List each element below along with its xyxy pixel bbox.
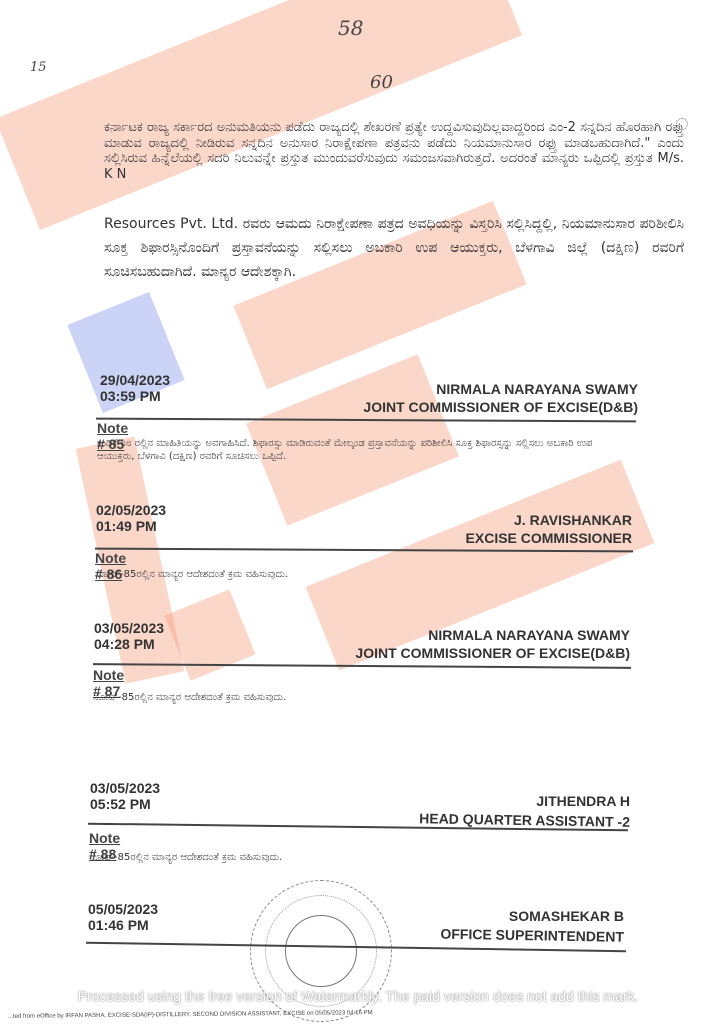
entry-timestamp: 29/04/2023 03:59 PM <box>100 372 170 404</box>
signatory-block: JITHENDRA H HEAD QUARTER ASSISTANT -2 <box>300 792 630 828</box>
overlay-shape <box>164 589 255 680</box>
signatory-name: NIRMALA NARAYANA SWAMY <box>300 380 638 398</box>
divider <box>95 548 633 552</box>
signatory-name: NIRMALA NARAYANA SWAMY <box>290 626 630 644</box>
signatory-designation: JOINT COMMISSIONER OF EXCISE(D&B) <box>300 398 638 416</box>
handwritten-page-number: 60 <box>370 72 393 93</box>
intro-paragraph: ಕರ್ನಾಟಕ ರಾಜ್ಯ ಸರ್ಕಾರದ ಅನುಮತಿಯನು ಪಡೆದು ರಾ… <box>104 120 684 182</box>
entry-timestamp: 03/05/2023 05:52 PM <box>90 780 160 812</box>
signatory-designation: OFFICE SUPERINTENDENT <box>300 922 624 946</box>
watermark-text: Processed using the free version of Wate… <box>0 988 716 1004</box>
signatory-block: J. RAVISHANKAR EXCISE COMMISSIONER <box>300 511 632 547</box>
note-body: ನೋಟ್-85ರಲ್ಲಿನ ಮಾನ್ಯರ ಆದೇಶದಂತೆ ಕ್ರಮ ವಹಿಸು… <box>93 691 613 704</box>
divider <box>93 663 631 668</box>
entry-timestamp: 05/05/2023 01:46 PM <box>88 901 158 933</box>
handwritten-margin-mark: 15 <box>30 60 47 75</box>
overlay-shape <box>0 0 522 230</box>
signatory-name: J. RAVISHANKAR <box>300 511 632 529</box>
intro-paragraph-2: Resources Pvt. Ltd. ರವರು ಆಮದು ನಿರಾಕ್ಷೇಪಣ… <box>104 212 684 284</box>
signatory-designation: JOINT COMMISSIONER OF EXCISE(D&B) <box>290 644 630 662</box>
handwritten-page-number: 58 <box>338 16 363 40</box>
signatory-designation: EXCISE COMMISSIONER <box>300 529 632 547</box>
signatory-block: SOMASHEKAR B OFFICE SUPERINTENDENT <box>300 907 624 943</box>
divider <box>96 418 636 422</box>
signatory-block: NIRMALA NARAYANA SWAMY JOINT COMMISSIONE… <box>290 626 630 662</box>
entry-timestamp: 02/05/2023 01:49 PM <box>96 502 166 534</box>
note-body: ನೋಟ್-85ರಲ್ಲಿನ ಮಾನ್ಯರ ಆದೇಶದಂತೆ ಕ್ರಮ ವಹಿಸು… <box>95 568 615 581</box>
note-body: ನೋಟ್-85ರಲ್ಲಿನ ಮಾನ್ಯರ ಆದೇಶದಂತೆ ಕ್ರಮ ವಹಿಸು… <box>89 851 609 864</box>
entry-timestamp: 03/05/2023 04:28 PM <box>94 620 164 652</box>
note-body: ಕಂಡಿಕೆ ೮೮ ರಲ್ಲಿನ ಮಾಹಿತಿಯನ್ನು ಅವಗಾಹಿಸಿದೆ.… <box>97 437 617 463</box>
signatory-block: NIRMALA NARAYANA SWAMY JOINT COMMISSIONE… <box>300 380 638 416</box>
